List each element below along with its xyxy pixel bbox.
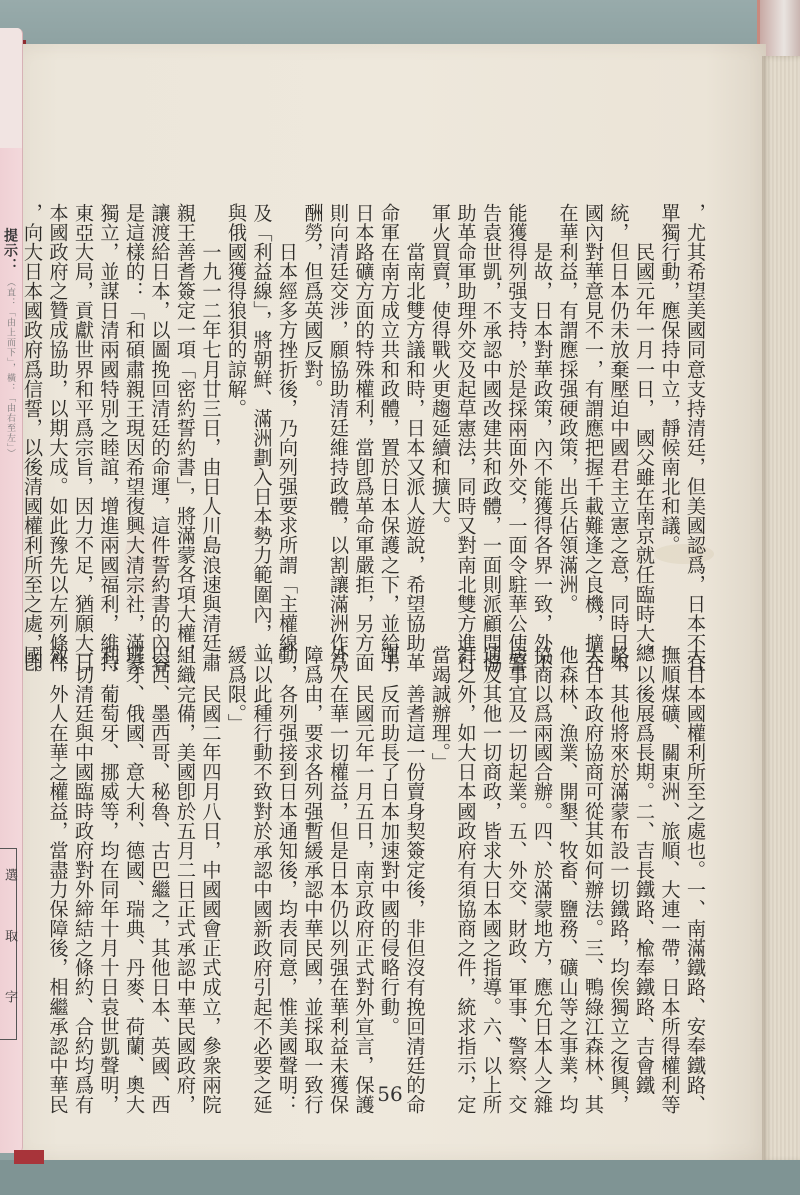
text-column: 是故，日本對華政策，內不能獲得各界一致，外不 [530, 203, 556, 633]
text-column: 通及其他一切商政，皆求大日本國之指導。六、以上所 [479, 645, 505, 1077]
text-column: 獨立，並謀日清兩國特別之睦誼，增進兩國福利，維持 [96, 203, 122, 633]
text-column: 酬勞，但爲英國反對。 [300, 203, 326, 633]
reading-hint: 提示： （直：「由上而下」，橫：「由右至左」） [4, 228, 20, 459]
text-column: 組織完備，美國卽於五月二日正式承認中華民國政府， [173, 645, 199, 1077]
hint-direction: （直：「由上而下」，橫：「由右至左」） [5, 278, 15, 459]
text-column: 班牙、俄國、意大利、德國、瑞典、丹麥、荷蘭、奧大 [122, 645, 148, 1077]
text-column: 在華利益，有謂應採强硬政策，出兵佔領滿洲。 [555, 203, 581, 633]
text-column: 當南北雙方議和時，日本又派人遊說，希望協助革 [402, 203, 428, 633]
text-column: 是這樣的：「和碩肅親王現因希望復興大清宗社，滿蒙 [122, 203, 148, 633]
text-column: 利、葡萄牙、挪威等，均在同年十月十日袁世凱聲明， [96, 645, 122, 1077]
top-section: ，尤其希望美國同意支持清廷，但美國認爲，日本不宜 單獨行動，應保持中立，靜候南北… [60, 203, 708, 633]
text-column: 巴西、墨西哥、秘魯、古巴繼之，其他日本、英國、西 [147, 645, 173, 1077]
text-column: 當竭誠辦理。」 [428, 645, 454, 1077]
text-column: 與俄國獲得狼狽的諒解。 [224, 203, 250, 633]
text-column: 緩爲限。」 [224, 645, 250, 1077]
text-column: 外人在華一切權益，但是日本仍以列强在華利益未獲保 [326, 645, 352, 1077]
text-column: 居事宜及一切起業。五、外交、財政、軍事、警察、交 [504, 645, 530, 1077]
text-column: 及「利益線」，將朝鮮、滿洲劃入日本勢力範圍內，並 [249, 203, 275, 633]
body-text: ，尤其希望美國同意支持清廷，但美國認爲，日本不宜 單獨行動，應保持中立，靜候南北… [60, 203, 708, 1083]
text-column: 本國政府之贊成協助，以期大成。如此豫先以左列條件 [45, 203, 71, 633]
text-column: 民國元年一月五日，南京政府正式對外宣言，保護 [351, 645, 377, 1077]
text-column: 統，但日本仍未放棄壓迫中國君主立憲之意，同時日本 [606, 203, 632, 633]
text-column: 單獨行動，應保持中立，靜候南北和議。 [657, 203, 683, 633]
text-column: ，向大日本國政府爲信誓，以後清國權利所至之處，卽 [20, 203, 46, 633]
text-column: 大日本國權利所至之處也。一、南滿鐵路、安奉鐵路、 [683, 645, 709, 1077]
text-column: 則向清廷交涉，願協助清廷維持政體，以割讓滿洲作爲 [326, 203, 352, 633]
text-column: 國。 [20, 645, 46, 1077]
text-column: 民國元年一月一日， 國父雖在南京就任臨時大總 [632, 203, 658, 633]
text-column: 他森林、漁業、開墾、牧畜、鹽務、礦山等之事業，均 [555, 645, 581, 1077]
text-column: 路，其他將來於滿蒙布設一切鐵路，均俟獨立之復興， [606, 645, 632, 1077]
text-column: 國內對華意見不一，有謂應把握千載難逢之良機，擴充 [581, 203, 607, 633]
text-column: 大日本政府協商可從其如何辦法。三、鴨綠江森林、其 [581, 645, 607, 1077]
text-column: 助革命軍助理外交及起草憲法，同時又對南北雙方進行 [453, 203, 479, 633]
backdrop-top [0, 0, 800, 50]
text-column: 效，外人在華之權益，當盡力保障後，相繼承認中華民 [45, 645, 71, 1077]
text-column: 日本經多方挫折後，乃向列强要求所謂「主權線」 [275, 203, 301, 633]
text-column: 動，各列强接到日本通知後，均表同意，惟美國聲明： [275, 645, 301, 1077]
text-column: 東亞大局，貢獻世界和平爲宗旨，因力不足，猶願大日 [71, 203, 97, 633]
text-column: 讓渡給日本，以圖挽回清廷的命運，這件誓約書的內容 [147, 203, 173, 633]
text-column: 善耆這一份賣身契簽定後，非但沒有挽回清廷的命 [402, 645, 428, 1077]
text-column: 能獲得列强支持，於是採兩面外交，一面令駐華公使警 [504, 203, 530, 633]
text-column: 訂之外，如大日本國政府有須協商之件，統求指示，定 [453, 645, 479, 1077]
page-number: 56 [0, 1082, 780, 1106]
tab-head [0, 28, 22, 148]
text-column: 日本路礦方面的特殊權利，當卽爲革命軍嚴拒，另方面 [351, 203, 377, 633]
text-column: ，尤其希望美國同意支持清廷，但美國認爲，日本不宜 [683, 203, 709, 633]
text-column: 運，反而助長了日本加速對中國的侵略行動。 [377, 645, 403, 1077]
text-column: 命軍在南方成立共和政體，置於日本保護之下，並給于 [377, 203, 403, 633]
text-column: 告袁世凱，不承認中國改建共和政體，一面則派顧問協 [479, 203, 505, 633]
text-column: 軍火買賣，使得戰火更趨延續和擴大。 [428, 203, 454, 633]
text-column: 親王善耆簽定一項「密約誓約書」，將滿蒙各項大權， [173, 203, 199, 633]
text-column: 一九一二年七月廿三日，由日人川島浪速與清廷肅 [198, 203, 224, 633]
page-edges [762, 56, 800, 1162]
text-column: 民國二年四月八日，中國國會正式成立，參衆兩院 [198, 645, 224, 1077]
binding-edge-bottom [14, 1150, 44, 1164]
text-column: 撫順煤礦、關東洲、旅順、大連一帶，日本所得權利等 [657, 645, 683, 1077]
hint-label: 提示： [2, 228, 18, 273]
text-column: 協商以爲兩國合辦。四、於滿蒙地方，應允日本人之雜 [530, 645, 556, 1077]
bottom-section: 大日本國權利所至之處也。一、南滿鐵路、安奉鐵路、 撫順煤礦、關東洲、旅順、大連一… [60, 645, 708, 1077]
text-column: 障爲由，要求各列强暫緩承認中華民國，並採取一致行 [300, 645, 326, 1077]
text-column: ，以後展爲長期。二、吉長鐵路、楡奉鐵路、吉會鐵 [632, 645, 658, 1077]
select-text-label[interactable]: 選 取 字 [3, 868, 19, 1025]
text-column: 一切清廷與中國臨時政府對外締結之條約、合約均爲有 [71, 645, 97, 1077]
backdrop-bottom [0, 1160, 800, 1195]
text-column: 「以此種行動不致對於承認中國新政府引起不必要之延 [249, 645, 275, 1077]
